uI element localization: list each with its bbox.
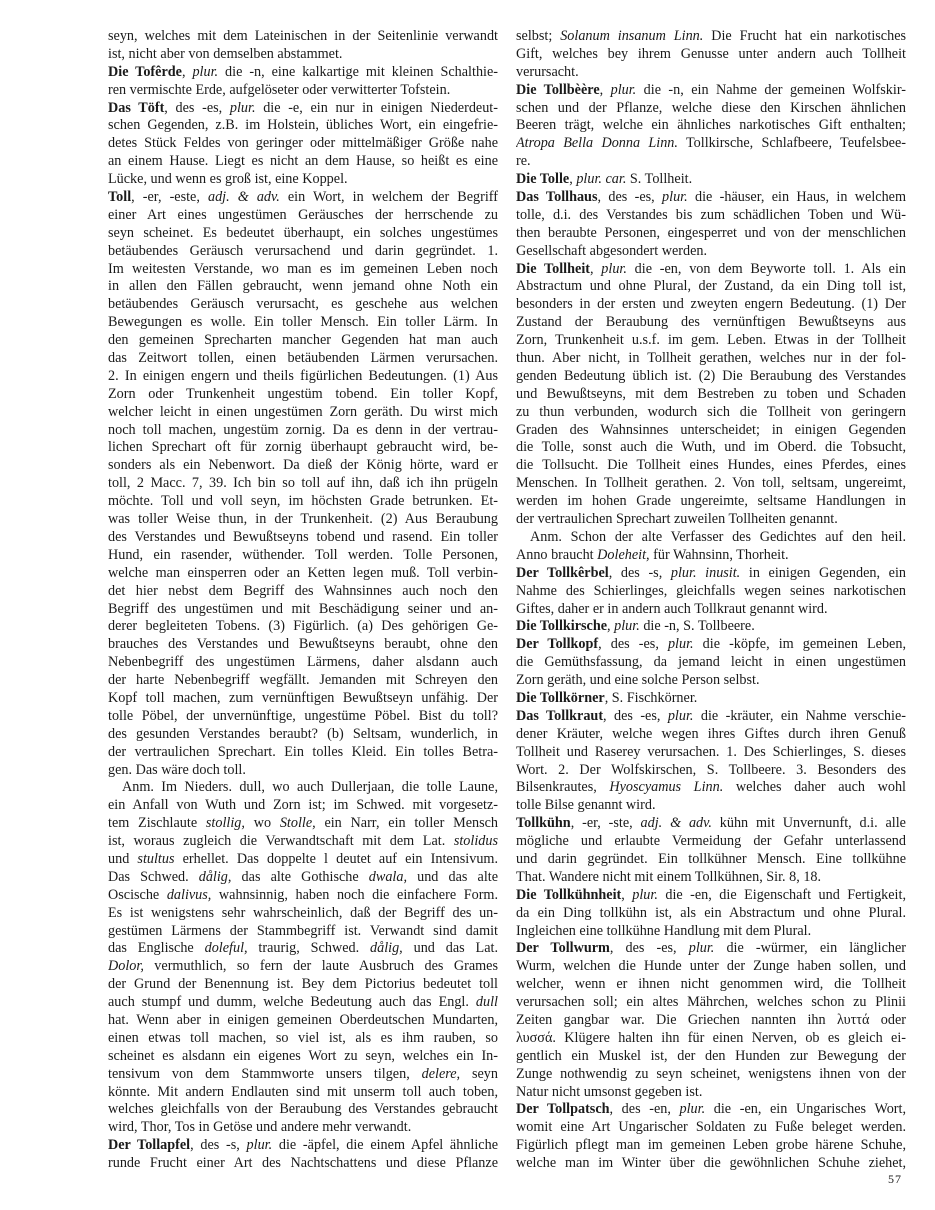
text-line: der harte Nebenbegriff wegfällt. Jemande… bbox=[108, 672, 498, 690]
text-line: lichen Sprechart oft für zornig überhaup… bbox=[108, 439, 498, 457]
text-line: then beraubte Personen, eingesperret und… bbox=[516, 225, 906, 243]
text-line: runde Frucht einer Art des Nachtschatten… bbox=[108, 1155, 498, 1173]
text-line: welcher, wenn er ihnen nicht genommen wi… bbox=[516, 976, 906, 994]
text-line: scheinet es alsdann ein eigenes Wort zu … bbox=[108, 1048, 498, 1066]
text-line: zu thun verbunden, wodurch sich die Toll… bbox=[516, 404, 906, 422]
text-line: re. bbox=[516, 153, 906, 171]
text-line: Wurm, welchen die Hunde unter der Zunge … bbox=[516, 958, 906, 976]
text-line: Zorn oder Trunkenheit ungestüm tobend. E… bbox=[108, 386, 498, 404]
headword: Der Tollpatsch bbox=[516, 1101, 610, 1117]
dictionary-entry-line: Die Tollkühnheit, plur. die -en, die Eig… bbox=[516, 887, 906, 905]
left-column: seyn, welches mit dem Lateinischen in de… bbox=[108, 28, 498, 1173]
text-line: Zorn geräth, und eine solche Person selb… bbox=[516, 672, 906, 690]
dictionary-entry-line: Der Tollpatsch, des -en, plur. die -en, … bbox=[516, 1101, 906, 1119]
text-line: seyn, welches mit dem Lateinischen in de… bbox=[108, 28, 498, 46]
text-line: derer begleiteten Tobens. (3) Figürlich.… bbox=[108, 618, 498, 636]
dictionary-entry-line: Der Tollkopf, des -es, plur. die -köpfe,… bbox=[516, 636, 906, 654]
text-line: was toller Weise thun, in der Trunkenhei… bbox=[108, 511, 498, 529]
text-line: Zeiten gangbar war. Die Griechen nannten… bbox=[516, 1012, 906, 1030]
headword: Die Tollkörner bbox=[516, 690, 605, 706]
headword: Die Tollkühnheit bbox=[516, 887, 621, 903]
text-line: betäubendes Geräusch verursachend und da… bbox=[108, 243, 498, 261]
right-column: selbst; Solanum insanum Linn. Die Frucht… bbox=[516, 28, 906, 1173]
text-line: tolle Pöbel, der unvernünftige, ungestüm… bbox=[108, 708, 498, 726]
text-line: Bilsenkrautes, Hyoscyamus Linn. welches … bbox=[516, 779, 906, 797]
text-line: welche man einsperren oder an Ketten leg… bbox=[108, 565, 498, 583]
headword: Die Tollkirsche bbox=[516, 618, 607, 634]
text-line: des gesunden Verstandes beraubt? (b) Sel… bbox=[108, 726, 498, 744]
text-line: Zunge nothwendig zu seyn scheinet, wenig… bbox=[516, 1066, 906, 1084]
text-line: verursacht. bbox=[516, 64, 906, 82]
text-line: an einem Hause. Liegt es nicht an dem Ha… bbox=[108, 153, 498, 171]
headword: Der Tollkêrbel bbox=[516, 565, 609, 581]
dictionary-entry-line: Tollkühn, -er, -ste, adj. & adv. kühn mi… bbox=[516, 815, 906, 833]
text-line: könnte. Mit andern Endlauten sind mit un… bbox=[108, 1084, 498, 1102]
headword: Die Tofêrde bbox=[108, 64, 182, 80]
text-line: welches gleichfalls von der Beraubung de… bbox=[108, 1101, 498, 1119]
text-line: ist, woraus zugleich die Verwandtschaft … bbox=[108, 833, 498, 851]
text-line: verursachen soll; ein altes Mährchen, we… bbox=[516, 994, 906, 1012]
text-line: That. Wandere nicht mit einem Tollkühnen… bbox=[516, 869, 906, 887]
dictionary-entry-line: Die Tollbèère, plur. die -n, ein Nahme d… bbox=[516, 82, 906, 100]
text-line: hat. Wenn aber in einigen gemeinen Oberd… bbox=[108, 1012, 498, 1030]
text-line: noch toll machen, ungestüm zornig. Da es… bbox=[108, 422, 498, 440]
text-line: Hund, ein rasender, wüthender. Toll werd… bbox=[108, 547, 498, 565]
text-line: gen. Das wäre doch toll. bbox=[108, 762, 498, 780]
text-line: Anno braucht Doleheit, für Wahnsinn, Tho… bbox=[516, 547, 906, 565]
text-line: det hier nebst dem Begriff des Wahnsinne… bbox=[108, 583, 498, 601]
dictionary-entry-line: Das Töft, des -es, plur. die -e, ein nur… bbox=[108, 100, 498, 118]
text-line: Ingleichen eine tollkühne Handlung mit d… bbox=[516, 923, 906, 941]
text-line: detes Stück Feldes von geringer oder mit… bbox=[108, 135, 498, 153]
text-line: gestümen Lärmens der Stammbegriff ist. V… bbox=[108, 923, 498, 941]
text-line: Das Schwed. dålig, das alte Gothische dw… bbox=[108, 869, 498, 887]
text-line: einen etwas toll machen, so viel ist, al… bbox=[108, 1030, 498, 1048]
text-line: Lücke, und wenn es groß ist, eine Koppel… bbox=[108, 171, 498, 189]
text-line: Nahme des Schierlinges, gleichfalls wege… bbox=[516, 583, 906, 601]
text-line: Zorn, Trunkenheit u.s.f. im gem. Leben. … bbox=[516, 332, 906, 350]
text-line: Bewegungen es wolle. Ein toller Mensch. … bbox=[108, 314, 498, 332]
headword: Die Tolle bbox=[516, 171, 569, 187]
text-line: brauches des Verstandes und Bewußtseyns … bbox=[108, 636, 498, 654]
text-line: Graden des Wahnsinnes unterscheidet; in … bbox=[516, 422, 906, 440]
text-line: das Zeitwort tollen, einen betäubenden L… bbox=[108, 350, 498, 368]
text-line: ist, nicht aber von demselben abstammet. bbox=[108, 46, 498, 64]
text-line: möchte. Toll und voll seyn, im höchsten … bbox=[108, 493, 498, 511]
headword: Die Tollbèère bbox=[516, 82, 600, 98]
text-line: toll, 2 Macc. 7, 39. Ich bin so toll auf… bbox=[108, 475, 498, 493]
headword: Das Töft bbox=[108, 100, 164, 116]
text-line: tolle, d.i. des Verstandes bis zum schäd… bbox=[516, 207, 906, 225]
text-line: die Tollsucht. Die Tollheit eines Hundes… bbox=[516, 457, 906, 475]
text-line: womit eine Art Ungarischer Soldaten zu F… bbox=[516, 1119, 906, 1137]
text-line: da ein Ding tollkühn ist, als ein Abstra… bbox=[516, 905, 906, 923]
dictionary-entry-line: Das Tollkraut, des -es, plur. die -kräut… bbox=[516, 708, 906, 726]
text-line: tensivum von dem Stammworte unsers tilge… bbox=[108, 1066, 498, 1084]
text-line: und Bewußtseyns, mit dem Bestreben zu to… bbox=[516, 386, 906, 404]
text-line: das Englische doleful, traurig, Schwed. … bbox=[108, 940, 498, 958]
page-number: 57 bbox=[888, 1172, 902, 1187]
text-line: Nebenbegriff des ungestümen Lärmens, dah… bbox=[108, 654, 498, 672]
text-line: Gift, welches bey ihrem Genusse unter an… bbox=[516, 46, 906, 64]
text-line: ren vermischte Erde, aufgelöseter oder v… bbox=[108, 82, 498, 100]
text-line: 2. In einigen engern und theils figürlic… bbox=[108, 368, 498, 386]
text-line: tem Zischlaute stollig, wo Stolle, ein N… bbox=[108, 815, 498, 833]
dictionary-entry-line: Der Tollwurm, des -es, plur. die -würmer… bbox=[516, 940, 906, 958]
text-line: der vertraulichen Sprechart zuweilen Tol… bbox=[516, 511, 906, 529]
text-line: Begriff des ungestümen und mit Beschädig… bbox=[108, 601, 498, 619]
dictionary-entry-line: Der Tollapfel, des -s, plur. die -äpfel,… bbox=[108, 1137, 498, 1155]
text-line: schen und der Pflanze, welche diese den … bbox=[516, 100, 906, 118]
text-line: einer Art eines ungestümen Geräusches de… bbox=[108, 207, 498, 225]
text-line: λυσσά. Klügere halten ihn für einen Nerv… bbox=[516, 1030, 906, 1048]
text-line: Wort. 2. Der Wolfskirschen, S. Tollbeere… bbox=[516, 762, 906, 780]
text-line: Zustand der Beraubung des vernünftigen B… bbox=[516, 314, 906, 332]
text-line: Figürlich pflegt man im gemeinen Leben g… bbox=[516, 1137, 906, 1155]
text-line: besonders in der ersten und zweyten enge… bbox=[516, 296, 906, 314]
text-line: Menschen. In Tollheit gerathen. 2. Von t… bbox=[516, 475, 906, 493]
text-line: den gemeinen Sprecharten mancher Gegende… bbox=[108, 332, 498, 350]
dictionary-entry-line: Die Tolle, plur. car. S. Tollheit. bbox=[516, 171, 906, 189]
dictionary-entry-line: Die Tollheit, plur. die -en, von dem Bey… bbox=[516, 261, 906, 279]
text-line: Atropa Bella Donna Linn. Tollkirsche, Sc… bbox=[516, 135, 906, 153]
text-line: welcher leicht in einen ungestümen Zorn … bbox=[108, 404, 498, 422]
headword: Toll bbox=[108, 189, 131, 205]
text-line: mögliche und erlaubte Vermeidung der Gef… bbox=[516, 833, 906, 851]
text-line: die Gemüthsfassung, da jemand leicht in … bbox=[516, 654, 906, 672]
text-line: Giftes, daher er in andern auch Tollkrau… bbox=[516, 601, 906, 619]
text-line: ein Anfall von Wuth und Zorn ist; im Sch… bbox=[108, 797, 498, 815]
headword: Der Tollwurm bbox=[516, 940, 610, 956]
text-line: betäubendes Geräusch verursacht, es gesc… bbox=[108, 296, 498, 314]
text-line: die Tolle, sonst auch die Wuth, und im O… bbox=[516, 439, 906, 457]
dictionary-entry-line: Toll, -er, -este, adj. & adv. ein Wort, … bbox=[108, 189, 498, 207]
text-line: thun. Aber nicht, in Tollheit gerathen, … bbox=[516, 350, 906, 368]
text-line: dener Kräuter, welche wegen ihres Giftes… bbox=[516, 726, 906, 744]
text-line: der vertraulichen Sprechart. Ein tolles … bbox=[108, 744, 498, 762]
dictionary-entry-line: Der Tollkêrbel, des -s, plur. inusit. in… bbox=[516, 565, 906, 583]
text-line: Kopf toll machen, zum vernünftigen Bewuß… bbox=[108, 690, 498, 708]
text-line: sonders als ein Nebenwort. Da dieß der K… bbox=[108, 457, 498, 475]
text-line: seyn scheinet. Es bedeutet überhaupt, ei… bbox=[108, 225, 498, 243]
text-line: der Grund der Benennung ist. Bey dem Pic… bbox=[108, 976, 498, 994]
text-line: Beeren trägt, welche ein ähnliches narko… bbox=[516, 117, 906, 135]
dictionary-entry-line: Das Tollhaus, des -es, plur. die -häuser… bbox=[516, 189, 906, 207]
text-line: werden im hohen Grade ungereimte, seltsa… bbox=[516, 493, 906, 511]
text-line: selbst; Solanum insanum Linn. Die Frucht… bbox=[516, 28, 906, 46]
text-line: schen Gegenden, z.B. im Holstein, üblich… bbox=[108, 117, 498, 135]
dictionary-entry-line: Die Tofêrde, plur. die -n, eine kalkarti… bbox=[108, 64, 498, 82]
text-line: Im weitesten Verstande, wo man es im gem… bbox=[108, 261, 498, 279]
headword: Das Tollhaus bbox=[516, 189, 597, 205]
headword: Der Tollkopf bbox=[516, 636, 598, 652]
text-line: Dolor, vermuthlich, so fern der laute Au… bbox=[108, 958, 498, 976]
text-line: tolle Bilse genannt wird. bbox=[516, 797, 906, 815]
text-line: gentlich ein Muskel ist, der den Hunden … bbox=[516, 1048, 906, 1066]
dictionary-entry-line: Die Tollkörner, S. Fischkörner. bbox=[516, 690, 906, 708]
headword: Tollkühn bbox=[516, 815, 571, 831]
headword: Die Tollheit bbox=[516, 261, 590, 277]
text-line: Oscische dalivus, wahnsinnig, haben noch… bbox=[108, 887, 498, 905]
text-line: Natur nicht umsonst gegeben ist. bbox=[516, 1084, 906, 1102]
text-line: auch stumpf und dumm, welche Bedeutung a… bbox=[108, 994, 498, 1012]
text-line: Anm. Im Nieders. dull, wo auch Dullerjaa… bbox=[108, 779, 498, 797]
text-line: wird, Thor, Tos in Getöse und andere meh… bbox=[108, 1119, 498, 1137]
text-line: Es ist wenigstens sehr wahrscheinlich, d… bbox=[108, 905, 498, 923]
text-line: in allen den Fällen gebraucht, wenn jema… bbox=[108, 278, 498, 296]
text-line: des Verstandes und Bewußtseyns tobend un… bbox=[108, 529, 498, 547]
headword: Der Tollapfel bbox=[108, 1137, 190, 1153]
text-line: welche man im Winter über die gewöhnlich… bbox=[516, 1155, 906, 1173]
text-line: Anm. Schon der alte Verfasser des Gedich… bbox=[516, 529, 906, 547]
text-line: und stultus erhellet. Das doppelte l deu… bbox=[108, 851, 498, 869]
text-line: Gesellschaft abgesondert werden. bbox=[516, 243, 906, 261]
dictionary-entry-line: Die Tollkirsche, plur. die -n, S. Tollbe… bbox=[516, 618, 906, 636]
text-line: und darin gegründet. Ein tollkühner Mens… bbox=[516, 851, 906, 869]
text-line: Abstractum und ohne Plural, der Zustand,… bbox=[516, 278, 906, 296]
headword: Das Tollkraut bbox=[516, 708, 603, 724]
text-line: Tollheit und Raserey verursachen. 1. Des… bbox=[516, 744, 906, 762]
text-line: genden Bedeutung üblich ist. (2) Die Ber… bbox=[516, 368, 906, 386]
